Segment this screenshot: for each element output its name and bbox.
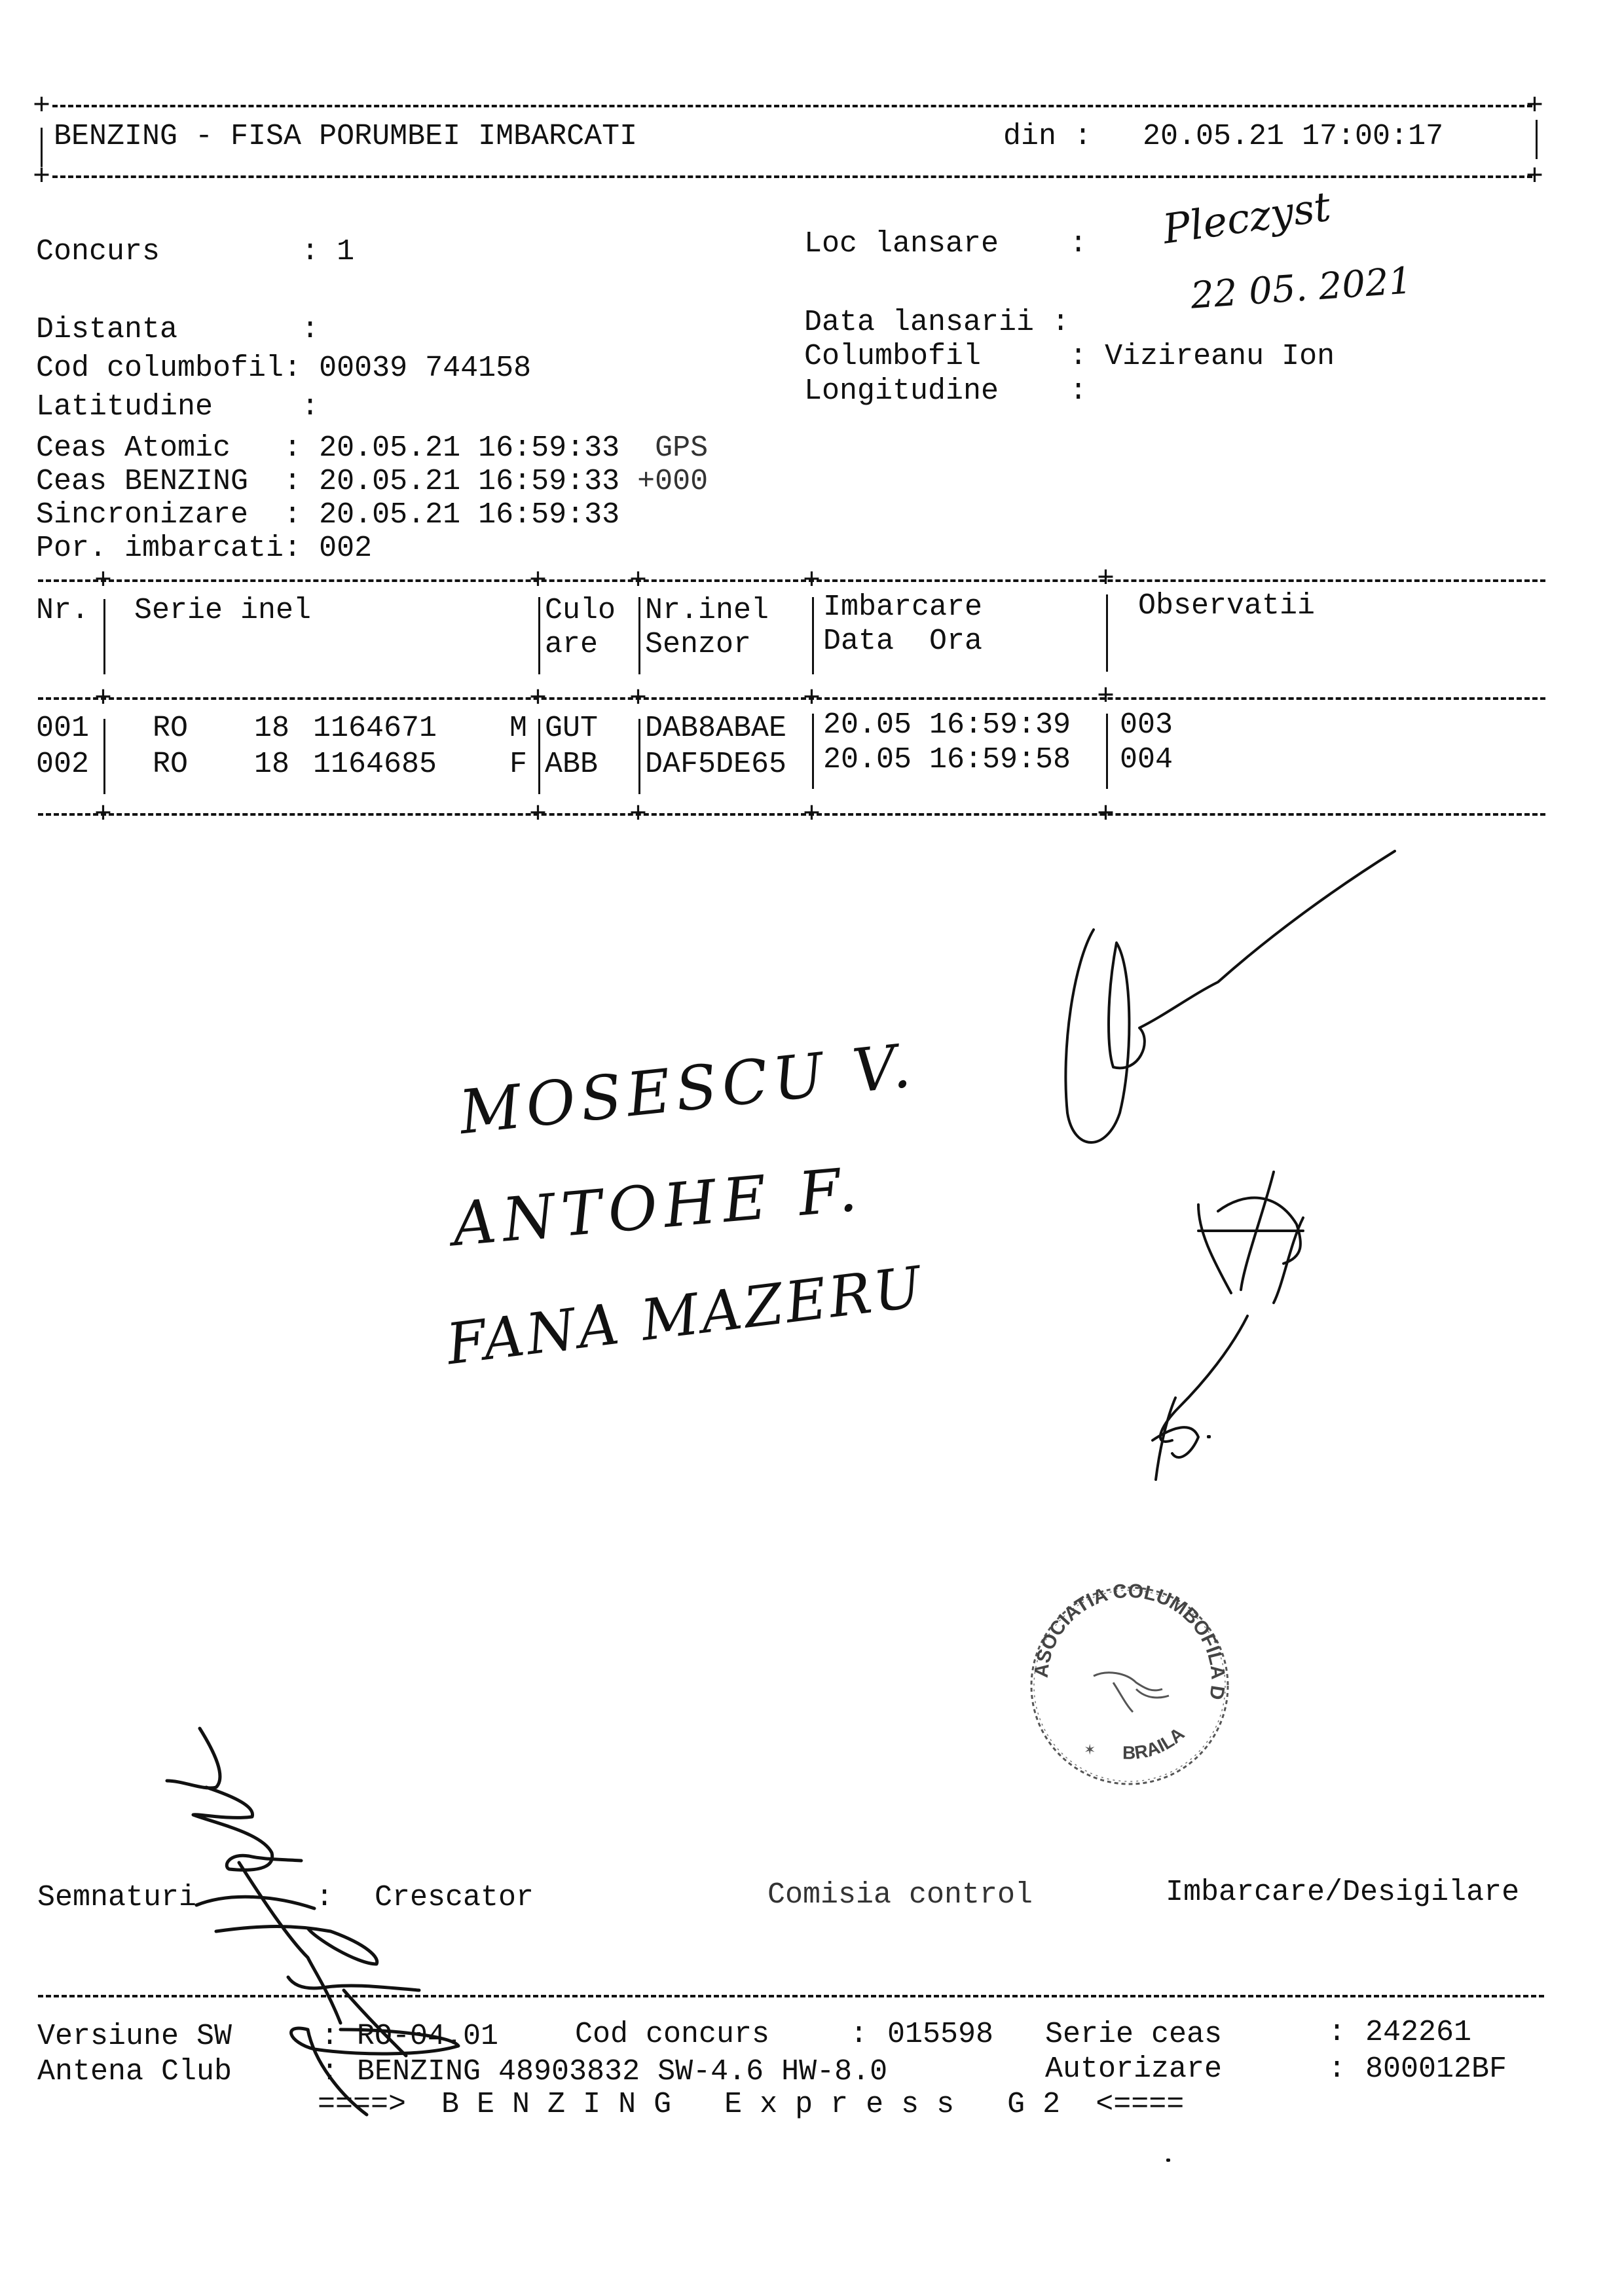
- svg-text:✶: ✶: [1084, 1742, 1096, 1758]
- scan-speck: [1207, 1435, 1211, 1438]
- signatures-label: Semnaturi: [37, 1883, 196, 1912]
- footer-cod-concurs-label: Cod concurs: [575, 2020, 769, 2049]
- footer-autorizare-label: Autorizare: [1045, 2054, 1222, 2084]
- footer-autorizare-value: 800012BF: [1365, 2054, 1507, 2084]
- scan-speck: [1166, 2159, 1170, 2162]
- colon: :: [1328, 2018, 1346, 2047]
- svg-text:ASOCIATIA COLUMBOFILA D: ASOCIATIA COLUMBOFILA D: [1031, 1580, 1229, 1702]
- stamp-text-bottom: BRAILA: [1122, 1723, 1189, 1762]
- signature-strokes: [0, 0, 1624, 2296]
- stamp-text-top: ASOCIATIA COLUMBOFILA D: [1031, 1580, 1229, 1702]
- signature-comisia-control: Comisia control: [767, 1880, 1033, 1910]
- stamp-circle-icon: ASOCIATIA COLUMBOFILA D BRAILA ✶: [1022, 1578, 1238, 1794]
- pigeon-icon: [1094, 1673, 1169, 1712]
- footer-separator: [38, 1995, 1544, 1997]
- footer-versiune-label: Versiune SW: [37, 2022, 232, 2051]
- club-stamp: ASOCIATIA COLUMBOFILA D BRAILA ✶: [1022, 1578, 1238, 1794]
- document-page: + + BENZING - FISA PORUMBEI IMBARCATI di…: [0, 0, 1624, 2296]
- colon: :: [1328, 2054, 1346, 2084]
- footer-serie-ceas-value: 242261: [1365, 2018, 1471, 2047]
- footer-cod-concurs-value: 015598: [887, 2020, 993, 2049]
- signature-imbarcare-desigilare: Imbarcare/Desigilare: [1166, 1878, 1519, 1907]
- footer-antena-label: Antena Club: [37, 2057, 232, 2086]
- footer-antena-value: BENZING 48903832 SW-4.6 HW-8.0: [357, 2057, 887, 2086]
- colon: :: [321, 2022, 339, 2051]
- colon: :: [316, 1883, 333, 1912]
- footer-versiune-value: RO-04.01: [357, 2022, 498, 2051]
- colon: :: [321, 2057, 339, 2086]
- signature-crescator: Crescator: [375, 1883, 534, 1912]
- svg-text:BRAILA: BRAILA: [1122, 1723, 1189, 1762]
- footer-serie-ceas-label: Serie ceas: [1045, 2020, 1222, 2049]
- colon: :: [850, 2020, 868, 2049]
- footer-banner: ====> B E N Z I N G E x p r e s s G 2 <=…: [318, 2090, 1184, 2119]
